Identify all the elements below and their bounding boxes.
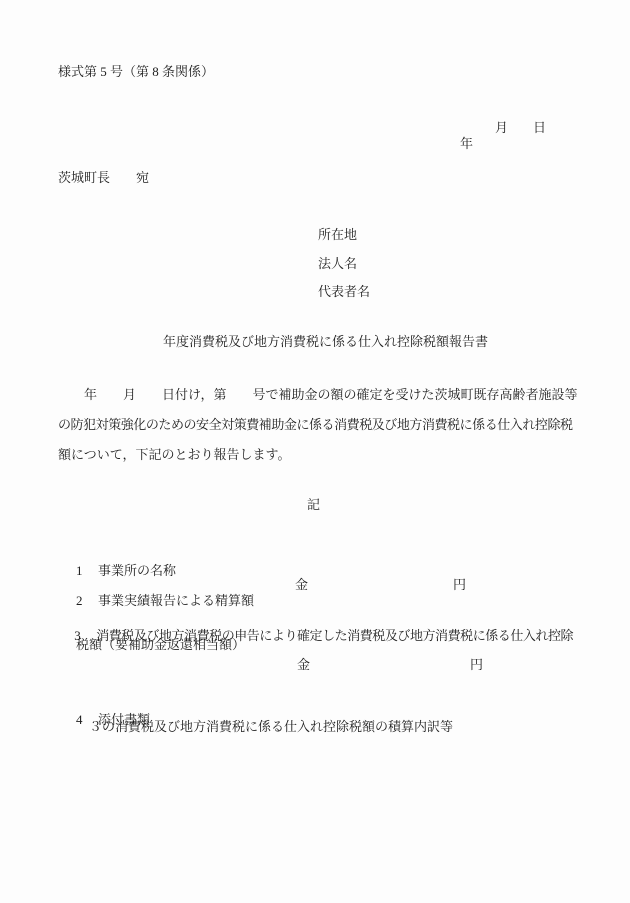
item-3-amount-row: 金 円 bbox=[63, 657, 583, 673]
sender-address-label: 所在地 bbox=[318, 227, 357, 243]
date-day-label: 日 bbox=[533, 120, 546, 136]
form-number: 様式第 5 号（第 8 条関係） bbox=[58, 64, 214, 80]
sender-corporation-label: 法人名 bbox=[318, 256, 357, 272]
item-2-number: 2 bbox=[76, 593, 98, 609]
item-4-attachment-description: ３の消費税及び地方消費税に係る仕入れ控除税額の積算内訳等 bbox=[89, 719, 453, 735]
body-line-2: の防犯対策強化のための安全対策費補助金に係る消費税及び地方消費税に係る仕入れ控除… bbox=[58, 417, 573, 433]
body-line-3: 額について，下記のとおり報告します。 bbox=[58, 447, 290, 463]
body-line-1: 年 月 日付け，第 号で補助金の額の確定を受けた茨城町既存高齢者施設等 bbox=[58, 387, 577, 403]
addressee: 茨城町長 宛 bbox=[58, 170, 149, 186]
date-month-label: 月 bbox=[495, 120, 508, 136]
item-2-amount-suffix: 円 bbox=[453, 577, 466, 593]
item-3-label-line-2: 税額（要補助金返還相当額） bbox=[76, 637, 245, 653]
date-year-label: 年 bbox=[460, 136, 473, 151]
date-line: 年 月 日 bbox=[447, 120, 557, 136]
item-1-label: 事業所の名称 bbox=[98, 563, 176, 578]
item-3-amount-suffix: 円 bbox=[470, 657, 483, 673]
item-3-amount-prefix: 金 bbox=[297, 657, 310, 673]
item-2: 2事業実績報告による精算額 金 円 bbox=[63, 577, 583, 593]
document-page: 様式第 5 号（第 8 条関係） 年 月 日 茨城町長 宛 所在地 法人名 代表… bbox=[0, 0, 630, 903]
item-2-label: 事業実績報告による精算額 bbox=[98, 593, 254, 608]
document-title: 年度消費税及び地方消費税に係る仕入れ控除税額報告書 bbox=[163, 334, 488, 350]
ki-marker: 記 bbox=[307, 497, 320, 513]
item-2-amount-prefix: 金 bbox=[295, 577, 308, 593]
sender-representative-label: 代表者名 bbox=[318, 284, 370, 300]
